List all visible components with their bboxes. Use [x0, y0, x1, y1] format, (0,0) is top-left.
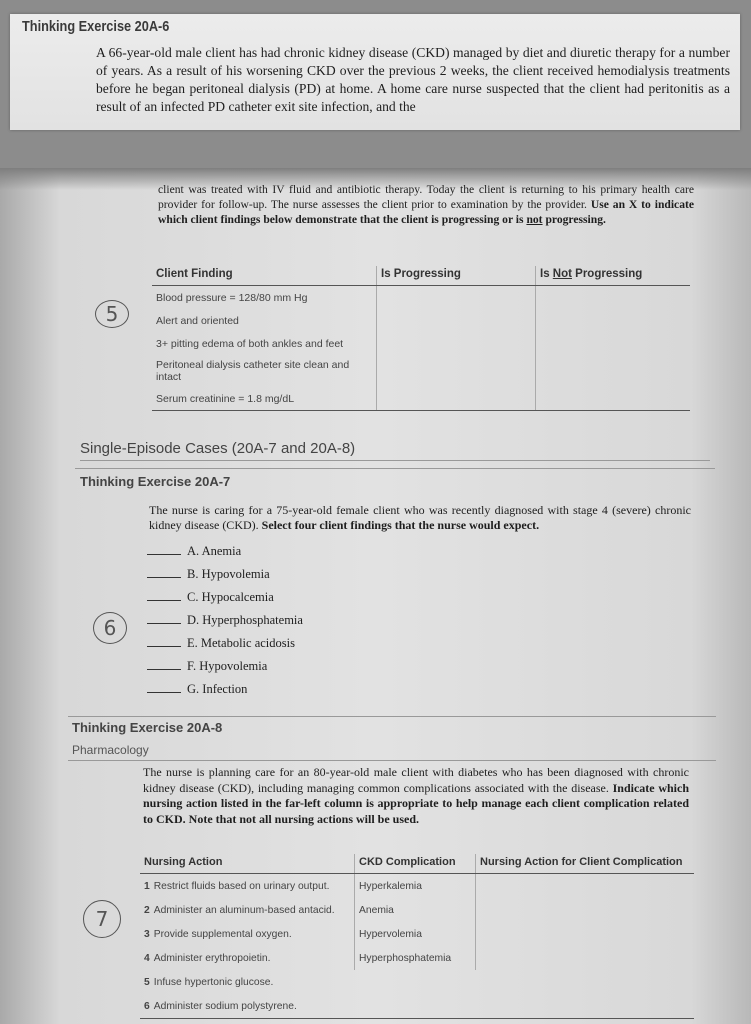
- client-finding-cell: Alert and oriented: [152, 309, 377, 332]
- is-not-progressing-cell[interactable]: [536, 355, 691, 387]
- answer-blank[interactable]: [147, 554, 181, 555]
- exercise-20a8-subtitle: Pharmacology: [72, 743, 149, 757]
- table-row: 6Administer sodium polystyrene.: [140, 994, 694, 1019]
- answer-blank[interactable]: [147, 646, 181, 647]
- option-item: D. Hyperphosphatemia: [147, 609, 303, 632]
- is-progressing-cell[interactable]: [377, 332, 536, 355]
- answer-blank[interactable]: [147, 623, 181, 624]
- handwritten-number-6: 6: [93, 612, 127, 644]
- is-progressing-cell[interactable]: [377, 355, 536, 387]
- is-not-progressing-cell[interactable]: [536, 286, 691, 310]
- nursing-action-cell: 4Administer erythropoietin.: [140, 946, 355, 970]
- option-label: F. Hypovolemia: [187, 659, 267, 673]
- client-finding-cell: 3+ pitting edema of both ankles and feet: [152, 332, 377, 355]
- table-row: Alert and oriented: [152, 309, 690, 332]
- header-is-not-progressing: Is Not Progressing: [536, 266, 691, 286]
- table-row: 1Restrict fluids based on urinary output…: [140, 874, 694, 899]
- ckd-complication-cell: Anemia: [355, 898, 476, 922]
- option-item: C. Hypocalcemia: [147, 586, 303, 609]
- option-item: A. Anemia: [147, 540, 303, 563]
- table-row: Peritoneal dialysis catheter site clean …: [152, 355, 690, 387]
- handwritten-number-7: 7: [83, 900, 121, 938]
- exercise-20a8-paragraph: The nurse is planning care for an 80-yea…: [143, 765, 689, 827]
- answer-cell[interactable]: [476, 874, 695, 899]
- option-label: D. Hyperphosphatemia: [187, 613, 303, 627]
- is-progressing-cell[interactable]: [377, 309, 536, 332]
- divider: [75, 468, 715, 469]
- exercise-20a8-title: Thinking Exercise 20A-8: [72, 720, 222, 735]
- option-label: B. Hypovolemia: [187, 567, 270, 581]
- divider: [68, 716, 716, 717]
- client-finding-cell: Serum creatinine = 1.8 mg/dL: [152, 387, 377, 411]
- divider: [68, 760, 716, 761]
- instruction-underlined: not: [526, 213, 542, 226]
- nursing-action-cell: 2Administer an aluminum-based antacid.: [140, 898, 355, 922]
- is-progressing-cell[interactable]: [377, 286, 536, 310]
- options-list: A. AnemiaB. HypovolemiaC. HypocalcemiaD.…: [147, 540, 303, 701]
- header-is-progressing: Is Progressing: [377, 266, 536, 286]
- handwritten-number-5: 5: [95, 300, 129, 328]
- option-item: B. Hypovolemia: [147, 563, 303, 586]
- answer-cell: [476, 970, 695, 994]
- header-action-for-complication: Nursing Action for Client Complication: [476, 854, 695, 874]
- option-label: G. Infection: [187, 682, 247, 696]
- exercise-20a6-paragraph: A 66-year-old male client has had chroni…: [96, 44, 730, 116]
- nursing-action-cell: 3Provide supplemental oxygen.: [140, 922, 355, 946]
- client-finding-cell: Peritoneal dialysis catheter site clean …: [152, 355, 377, 387]
- answer-cell[interactable]: [476, 946, 695, 970]
- answer-cell: [476, 994, 695, 1019]
- answer-blank[interactable]: [147, 692, 181, 693]
- is-progressing-cell[interactable]: [377, 387, 536, 411]
- table-row: 5Infuse hypertonic glucose.: [140, 970, 694, 994]
- exercise-20a6-title: Thinking Exercise 20A-6: [22, 18, 169, 35]
- nursing-action-cell: 6Administer sodium polystyrene.: [140, 994, 355, 1019]
- answer-cell[interactable]: [476, 898, 695, 922]
- nursing-action-table: Nursing Action CKD Complication Nursing …: [140, 854, 694, 1019]
- is-not-progressing-cell[interactable]: [536, 387, 691, 411]
- ckd-complication-cell: [355, 970, 476, 994]
- paragraph-text: The nurse is planning care for an 80-yea…: [143, 765, 689, 795]
- option-item: G. Infection: [147, 678, 303, 701]
- table-row: 3Provide supplemental oxygen. Hypervolem…: [140, 922, 694, 946]
- nursing-action-cell: 5Infuse hypertonic glucose.: [140, 970, 355, 994]
- ckd-complication-cell: Hyperkalemia: [355, 874, 476, 899]
- table-row: 2Administer an aluminum-based antacid. A…: [140, 898, 694, 922]
- is-not-progressing-cell[interactable]: [536, 309, 691, 332]
- option-label: E. Metabolic acidosis: [187, 636, 295, 650]
- client-finding-table: Client Finding Is Progressing Is Not Pro…: [152, 266, 690, 411]
- ckd-complication-cell: Hypervolemia: [355, 922, 476, 946]
- exercise-20a7-paragraph: The nurse is caring for a 75-year-old fe…: [149, 503, 691, 533]
- option-item: F. Hypovolemia: [147, 655, 303, 678]
- header-client-finding: Client Finding: [152, 266, 377, 286]
- header-ckd-complication: CKD Complication: [355, 854, 476, 874]
- nursing-action-cell: 1Restrict fluids based on urinary output…: [140, 874, 355, 899]
- answer-blank[interactable]: [147, 669, 181, 670]
- answer-cell[interactable]: [476, 922, 695, 946]
- ckd-complication-cell: [355, 994, 476, 1019]
- is-not-progressing-cell[interactable]: [536, 332, 691, 355]
- ckd-complication-cell: Hyperphosphatemia: [355, 946, 476, 970]
- table-row: Serum creatinine = 1.8 mg/dL: [152, 387, 690, 411]
- table-row: Blood pressure = 128/80 mm Hg: [152, 286, 690, 310]
- client-finding-cell: Blood pressure = 128/80 mm Hg: [152, 286, 377, 310]
- option-label: C. Hypocalcemia: [187, 590, 274, 604]
- exercise-20a7-title: Thinking Exercise 20A-7: [80, 474, 230, 489]
- option-item: E. Metabolic acidosis: [147, 632, 303, 655]
- exercise-20a6-paragraph-continued: client was treated with IV fluid and ant…: [158, 182, 694, 227]
- option-label: A. Anemia: [187, 544, 241, 558]
- instruction-end: progressing.: [545, 213, 605, 226]
- exercise-20a6-top-panel: Thinking Exercise 20A-6 A 66-year-old ma…: [10, 14, 740, 130]
- table-row: 3+ pitting edema of both ankles and feet: [152, 332, 690, 355]
- instruction-text: Select four client findings that the nur…: [262, 518, 539, 532]
- answer-blank[interactable]: [147, 600, 181, 601]
- section-title: Single-Episode Cases (20A-7 and 20A-8): [80, 440, 710, 461]
- answer-blank[interactable]: [147, 577, 181, 578]
- table-row: 4Administer erythropoietin. Hyperphospha…: [140, 946, 694, 970]
- header-nursing-action: Nursing Action: [140, 854, 355, 874]
